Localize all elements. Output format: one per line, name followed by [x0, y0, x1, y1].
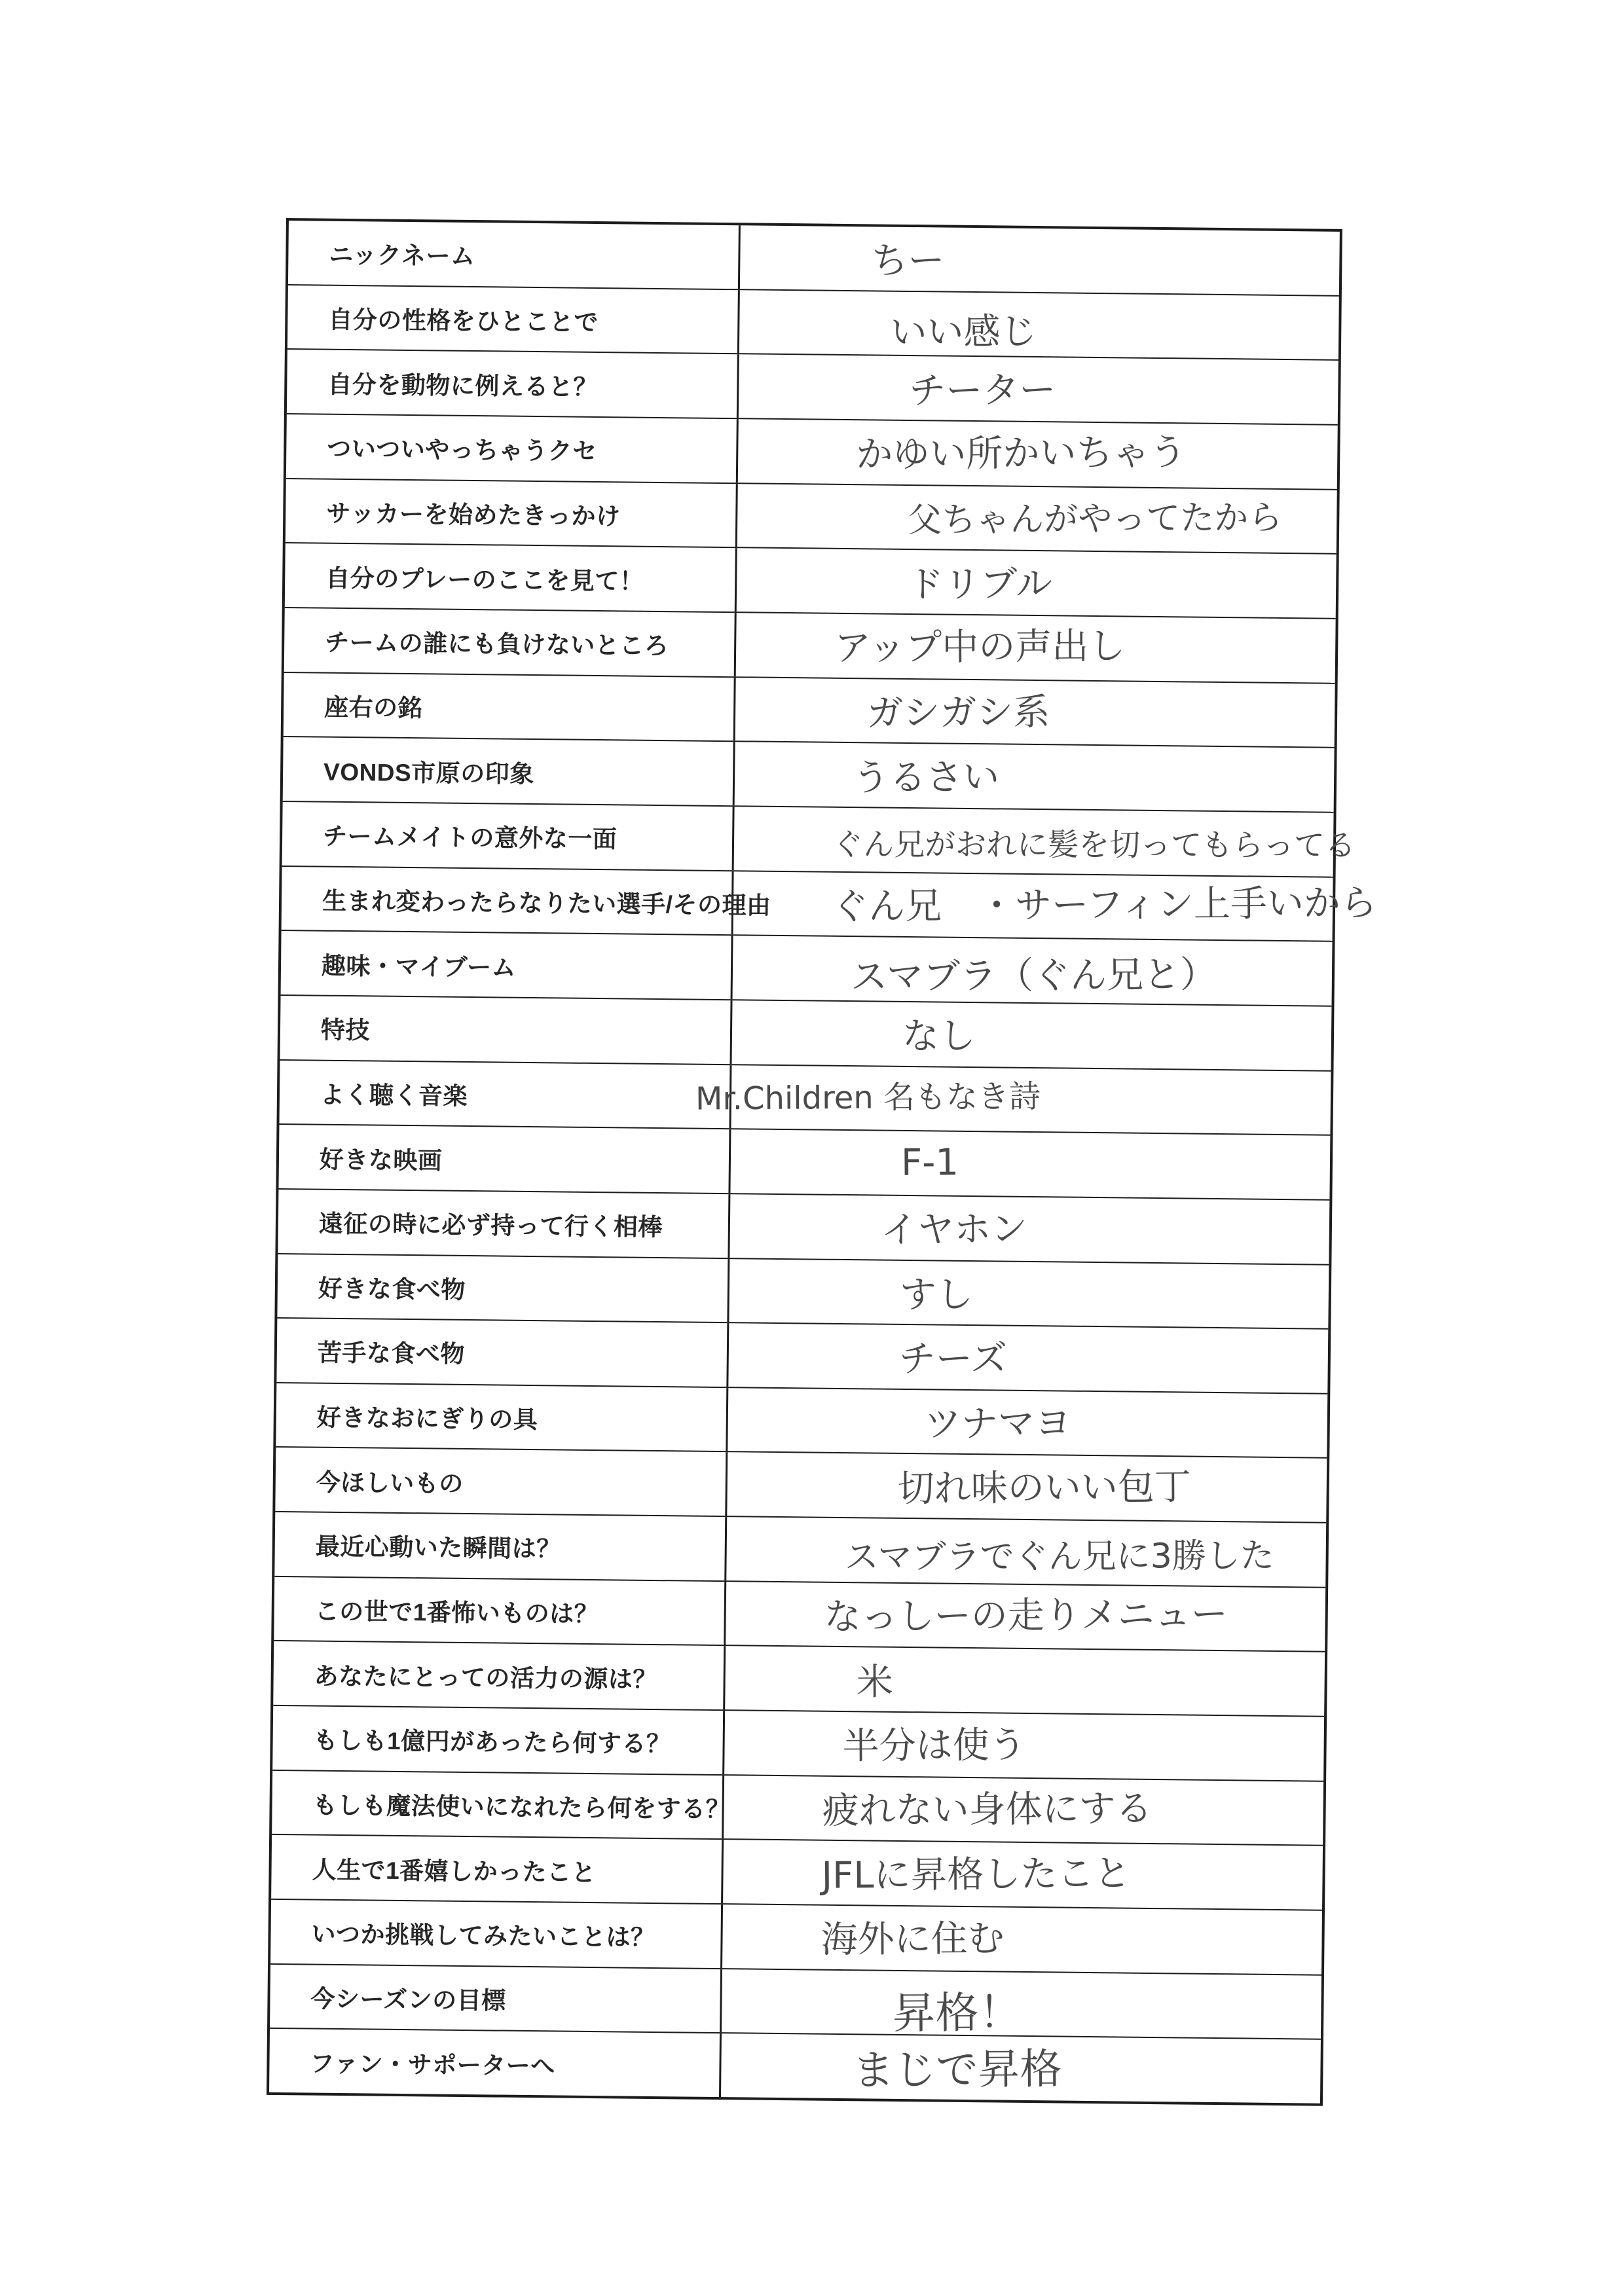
question-label: サッカーを始めたきっかけ	[326, 494, 621, 532]
handwritten-answer: チーター	[909, 361, 1056, 414]
question-label: 人生で1番嬉しかったこと	[312, 1850, 596, 1888]
question-label: 自分のプレーのここを見て！	[325, 558, 644, 596]
answer-cell: アップ中の声出し	[736, 613, 1336, 682]
questionnaire-table: ニックネームちー自分の性格をひとことでいい感じ自分を動物に例えると？チーターつい…	[267, 218, 1342, 2106]
scanned-questionnaire-page: ニックネームちー自分の性格をひとことでいい感じ自分を動物に例えると？チーターつい…	[0, 0, 1624, 2296]
handwritten-answer: 海外に住む	[821, 1910, 1005, 1963]
question-cell: 趣味・マイブーム	[281, 931, 733, 999]
question-label: ついついやっちゃうクセ	[327, 429, 597, 467]
table-row: 座右の銘ガシガシ系	[284, 672, 1335, 747]
question-cell: 好きな食べ物	[277, 1254, 729, 1322]
question-label: VONDS市原の印象	[323, 752, 534, 789]
handwritten-answer: 半分は使う	[843, 1716, 1027, 1770]
question-cell: 自分を動物に例えると？	[287, 350, 739, 418]
answer-cell: スマブラでぐん兄に3勝した	[726, 1517, 1326, 1586]
answer-cell: チーター	[739, 355, 1338, 424]
handwritten-answer: チーズ	[899, 1330, 1008, 1383]
answer-cell: ツナマヨ	[728, 1388, 1327, 1457]
question-cell: 遠征の時に必ず持って行く相棒	[278, 1190, 730, 1258]
answer-cell: 米	[725, 1647, 1325, 1716]
table-row: もしも魔法使いになれたら何をする？疲れない身体にする	[272, 1770, 1323, 1845]
table-row: 好きな食べ物すし	[277, 1252, 1329, 1328]
question-cell: サッカーを始めたきっかけ	[286, 479, 738, 547]
handwritten-answer: なっしーの走りメニュー	[824, 1586, 1228, 1641]
answer-cell: うるさい	[735, 742, 1335, 811]
question-label: ニックネーム	[329, 235, 475, 272]
answer-cell: いい感じ	[739, 290, 1339, 359]
question-cell: 苦手な食べ物	[276, 1319, 729, 1387]
question-cell: 座右の銘	[284, 673, 736, 741]
question-cell: もしも1億円があったら何する？	[272, 1706, 725, 1774]
answer-cell: なし	[732, 1000, 1332, 1070]
table-row: 遠征の時に必ず持って行く相棒イヤホン	[278, 1188, 1329, 1264]
question-label: 自分の性格をひとことで	[328, 300, 599, 338]
handwritten-answer: Mr.Children 名もなき詩	[695, 1071, 1041, 1119]
answer-cell: 半分は使う	[724, 1711, 1324, 1780]
question-label: チームの誰にも負けないところ	[325, 623, 669, 661]
answer-cell: イヤホン	[730, 1194, 1330, 1264]
answer-cell: すし	[729, 1259, 1329, 1328]
question-label: あなたにとっての活力の源は？	[314, 1656, 657, 1694]
answer-cell: かゆい所かいちゃう	[738, 419, 1338, 488]
answer-cell: 父ちゃんがやってたから	[737, 484, 1337, 553]
question-label: 生まれ変わったらなりたい選手/その理由	[322, 881, 771, 921]
table-row: サッカーを始めたきっかけ父ちゃんがやってたから	[286, 478, 1337, 553]
answer-cell: Mr.Children 名もなき詩	[731, 1065, 1331, 1135]
handwritten-answer: いい感じ	[890, 302, 1037, 356]
handwritten-answer: ちー	[871, 232, 945, 285]
handwritten-answer: 父ちゃんがやってたから	[908, 490, 1283, 541]
handwritten-answer: なし	[902, 1007, 976, 1060]
question-label: 苦手な食べ物	[318, 1333, 466, 1370]
question-cell: 今シーズンの目標	[270, 1965, 722, 2033]
handwritten-answer: スマブラ（ぐん兄と）	[851, 945, 1217, 1000]
question-label: 遠征の時に必ず持って行く相棒	[319, 1204, 663, 1243]
table-row: もしも1億円があったら何する？半分は使う	[272, 1705, 1324, 1780]
handwritten-answer: ドリブル	[907, 555, 1052, 608]
question-label: いつか挑戦してみたいことは？	[311, 1914, 655, 1953]
table-row: 好きなおにぎりの具ツナマヨ	[276, 1382, 1327, 1457]
table-row: この世で1番怖いものは？なっしーの走りメニュー	[274, 1576, 1325, 1651]
answer-cell: ガシガシ系	[735, 678, 1335, 747]
handwritten-answer: イヤホン	[881, 1200, 1028, 1254]
table-row: 今ほしいもの切れ味のいい包丁	[275, 1446, 1327, 1522]
table-row: いつか挑戦してみたいことは？海外に住む	[270, 1899, 1322, 1974]
question-label: 好きな食べ物	[318, 1268, 466, 1305]
question-cell: ファン・サポーターへ	[269, 2029, 722, 2097]
question-cell: チームメイトの意外な一面	[282, 802, 735, 870]
question-label: 好きな映画	[320, 1139, 443, 1176]
table-row: 苦手な食べ物チーズ	[276, 1317, 1328, 1393]
question-cell: 特技	[280, 996, 733, 1064]
answer-cell: 疲れない身体にする	[724, 1776, 1323, 1845]
question-cell: 自分のプレーのここを見て！	[285, 543, 737, 611]
question-label: 自分を動物に例えると？	[327, 364, 598, 402]
question-label: 最近心動いた瞬間は？	[316, 1527, 562, 1565]
handwritten-answer: まじで昇格	[852, 2035, 1062, 2097]
handwritten-answer: ぐん兄がおれに髪を切ってもらってる	[832, 820, 1356, 865]
table-row: 趣味・マイブームスマブラ（ぐん兄と）	[281, 930, 1333, 1005]
table-row: よく聴く音楽Mr.Children 名もなき詩	[280, 1059, 1331, 1135]
answer-cell: なっしーの走りメニュー	[726, 1582, 1325, 1651]
table-row: チームの誰にも負けないところアップ中の声出し	[284, 607, 1336, 682]
table-row: 今シーズンの目標昇格！	[270, 1963, 1321, 2039]
handwritten-answer: ツナマヨ	[925, 1394, 1072, 1448]
question-cell: ついついやっちゃうクセ	[286, 414, 739, 483]
question-cell: 最近心動いた瞬間は？	[274, 1512, 727, 1580]
answer-cell: スマブラ（ぐん兄と）	[733, 936, 1333, 1005]
question-cell: 好きなおにぎりの具	[276, 1383, 728, 1451]
table-row: 自分のプレーのここを見て！ドリブル	[285, 542, 1337, 617]
question-label: もしも魔法使いになれたら何をする？	[312, 1785, 730, 1825]
question-cell: 生まれ変わったらなりたい選手/その理由	[282, 867, 734, 935]
question-cell: ニックネーム	[288, 221, 741, 289]
answer-cell: ぐん兄がおれに髪を切ってもらってる	[734, 807, 1334, 876]
table-row: 自分を動物に例えると？チーター	[287, 348, 1338, 424]
handwritten-answer: 疲れない身体にする	[822, 1779, 1153, 1834]
handwritten-answer: スマブラでぐん兄に3勝した	[845, 1528, 1274, 1578]
answer-cell: F-1	[731, 1129, 1331, 1199]
table-row: ついついやっちゃうクセかゆい所かいちゃう	[286, 413, 1338, 488]
table-row: あなたにとっての活力の源は？米	[273, 1640, 1325, 1715]
answer-cell: まじで昇格	[721, 2033, 1321, 2103]
answer-cell: チーズ	[728, 1323, 1328, 1393]
table-row: 最近心動いた瞬間は？スマブラでぐん兄に3勝した	[274, 1511, 1326, 1586]
handwritten-answer: 昇格！	[892, 1977, 1022, 2040]
question-label: この世で1番怖いものは？	[314, 1592, 599, 1630]
table-row: 特技なし	[280, 994, 1332, 1070]
question-cell: 今ほしいもの	[275, 1448, 728, 1516]
table-row: 生まれ変わったらなりたい選手/その理由ぐん兄 ・サーフィン上手いから	[282, 866, 1333, 941]
handwritten-answer: 米	[857, 1653, 894, 1705]
table-row: 好きな映画F-1	[278, 1123, 1330, 1199]
handwritten-answer: 切れ味のいい包丁	[898, 1458, 1192, 1512]
answer-cell: ドリブル	[737, 549, 1337, 618]
handwritten-answer: うるさい	[853, 748, 1000, 801]
question-cell: チームの誰にも負けないところ	[284, 608, 737, 676]
table-row: ファン・サポーターへまじで昇格	[269, 2028, 1321, 2103]
question-label: 今シーズンの目標	[310, 1979, 506, 2016]
question-cell: この世で1番怖いものは？	[274, 1577, 726, 1645]
answer-cell: 昇格！	[722, 1969, 1321, 2039]
question-label: チームメイトの意外な一面	[323, 816, 618, 855]
table-row: 自分の性格をひとことでいい感じ	[287, 284, 1339, 359]
question-cell: 好きな映画	[278, 1125, 731, 1193]
question-label: 趣味・マイブーム	[322, 945, 517, 983]
question-label: ファン・サポーターへ	[310, 2043, 555, 2081]
handwritten-answer: ぐん兄 ・サーフィン上手いから	[832, 874, 1377, 930]
handwritten-answer: JFLに昇格したこと	[821, 1844, 1130, 1899]
answer-cell: JFLに昇格したこと	[723, 1840, 1323, 1910]
handwritten-answer: ガシガシ系	[866, 683, 1050, 737]
question-cell: いつか挑戦してみたいことは？	[270, 1900, 723, 1968]
question-cell: 自分の性格をひとことで	[287, 285, 740, 354]
answer-cell: 海外に住む	[722, 1904, 1322, 1974]
question-label: 座右の銘	[324, 687, 423, 724]
question-cell: もしも魔法使いになれたら何をする？	[272, 1771, 724, 1839]
handwritten-answer: すし	[900, 1266, 974, 1319]
handwritten-answer: アップ中の声出し	[834, 617, 1126, 672]
table-row: 人生で1番嬉しかったことJFLに昇格したこと	[271, 1834, 1323, 1909]
handwritten-answer: F-1	[901, 1141, 959, 1184]
answer-cell: ぐん兄 ・サーフィン上手いから	[733, 871, 1333, 941]
answer-cell: ちー	[740, 225, 1340, 295]
question-label: 特技	[321, 1010, 371, 1046]
answer-cell: 切れ味のいい包丁	[727, 1453, 1327, 1522]
question-label: よく聴く音楽	[320, 1074, 468, 1111]
table-row: ニックネームちー	[288, 221, 1340, 295]
question-cell: よく聴く音楽	[280, 1061, 732, 1129]
question-cell: あなたにとっての活力の源は？	[273, 1641, 726, 1709]
question-label: 好きなおにぎりの具	[317, 1398, 538, 1436]
question-label: もしも1億円があったら何する？	[313, 1721, 671, 1760]
question-cell: VONDS市原の印象	[283, 737, 735, 805]
table-row: チームメイトの意外な一面ぐん兄がおれに髪を切ってもらってる	[282, 801, 1334, 876]
question-label: 今ほしいもの	[316, 1462, 464, 1499]
table-row: VONDS市原の印象うるさい	[283, 736, 1335, 811]
handwritten-answer: かゆい所かいちゃう	[856, 424, 1187, 479]
question-cell: 人生で1番嬉しかったこと	[271, 1835, 724, 1903]
